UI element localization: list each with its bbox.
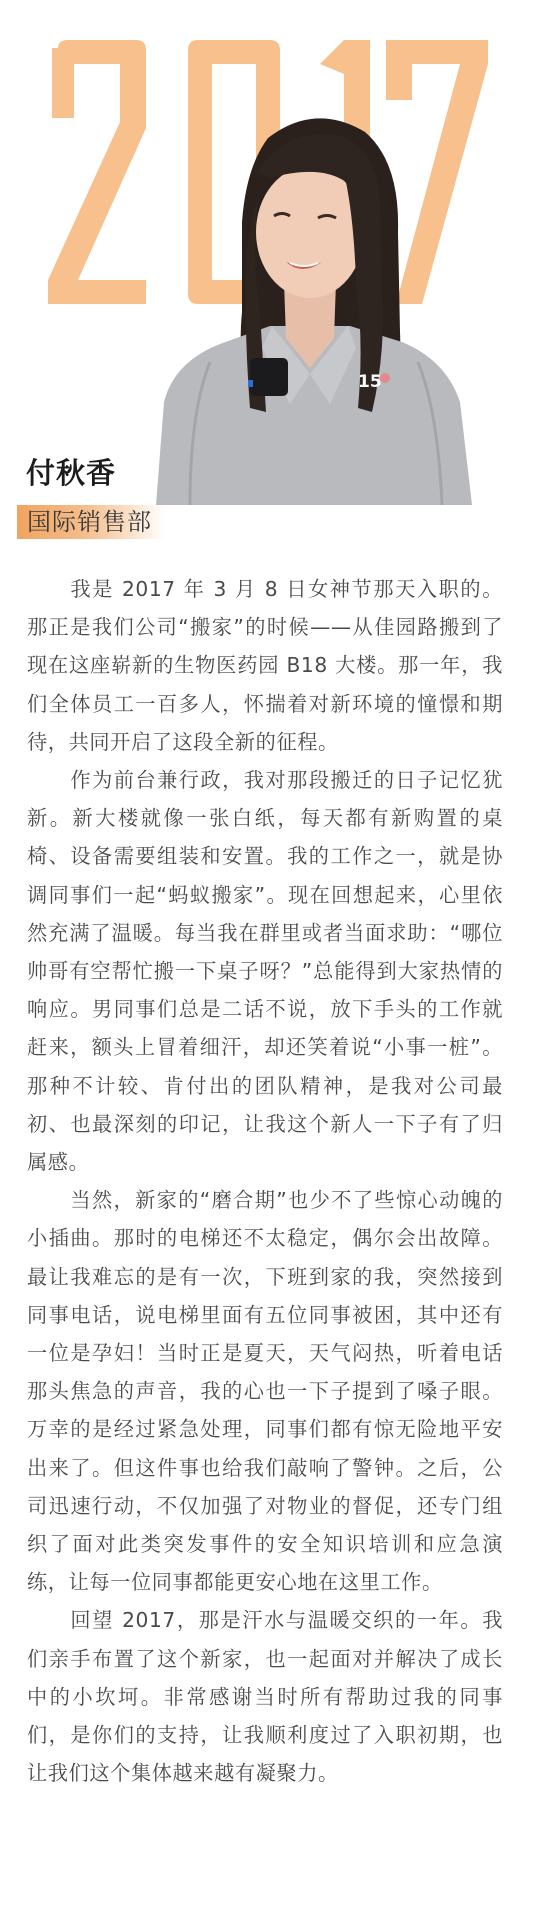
person-name: 付秋香 (26, 453, 116, 493)
portrait-illustration: 15 (150, 112, 480, 505)
hero-section: 15 付秋香 (0, 0, 549, 505)
paragraph-4: 回望 2017，那是汗水与温暖交织的一年。我们亲手布置了这个新家，也一起面对并解… (27, 1601, 503, 1792)
paragraph-3: 当然，新家的“磨合期”也少不了些惊心动魄的小插曲。那时的电梯还不太稳定，偶尔会出… (27, 1181, 503, 1601)
paragraph-1: 我是 2017 年 3 月 8 日女神节那天入职的。那正是我们公司“搬家”的时候… (27, 570, 503, 761)
shirt-logo: 15 (358, 372, 382, 392)
article-body: 我是 2017 年 3 月 8 日女神节那天入职的。那正是我们公司“搬家”的时候… (27, 570, 503, 1793)
paragraph-2: 作为前台兼行政，我对那段搬迁的日子记忆犹新。新大楼就像一张白纸，每天都有新购置的… (27, 761, 503, 1181)
department-label: 国际销售部 (27, 505, 152, 539)
portrait-photo: 15 (150, 112, 480, 505)
